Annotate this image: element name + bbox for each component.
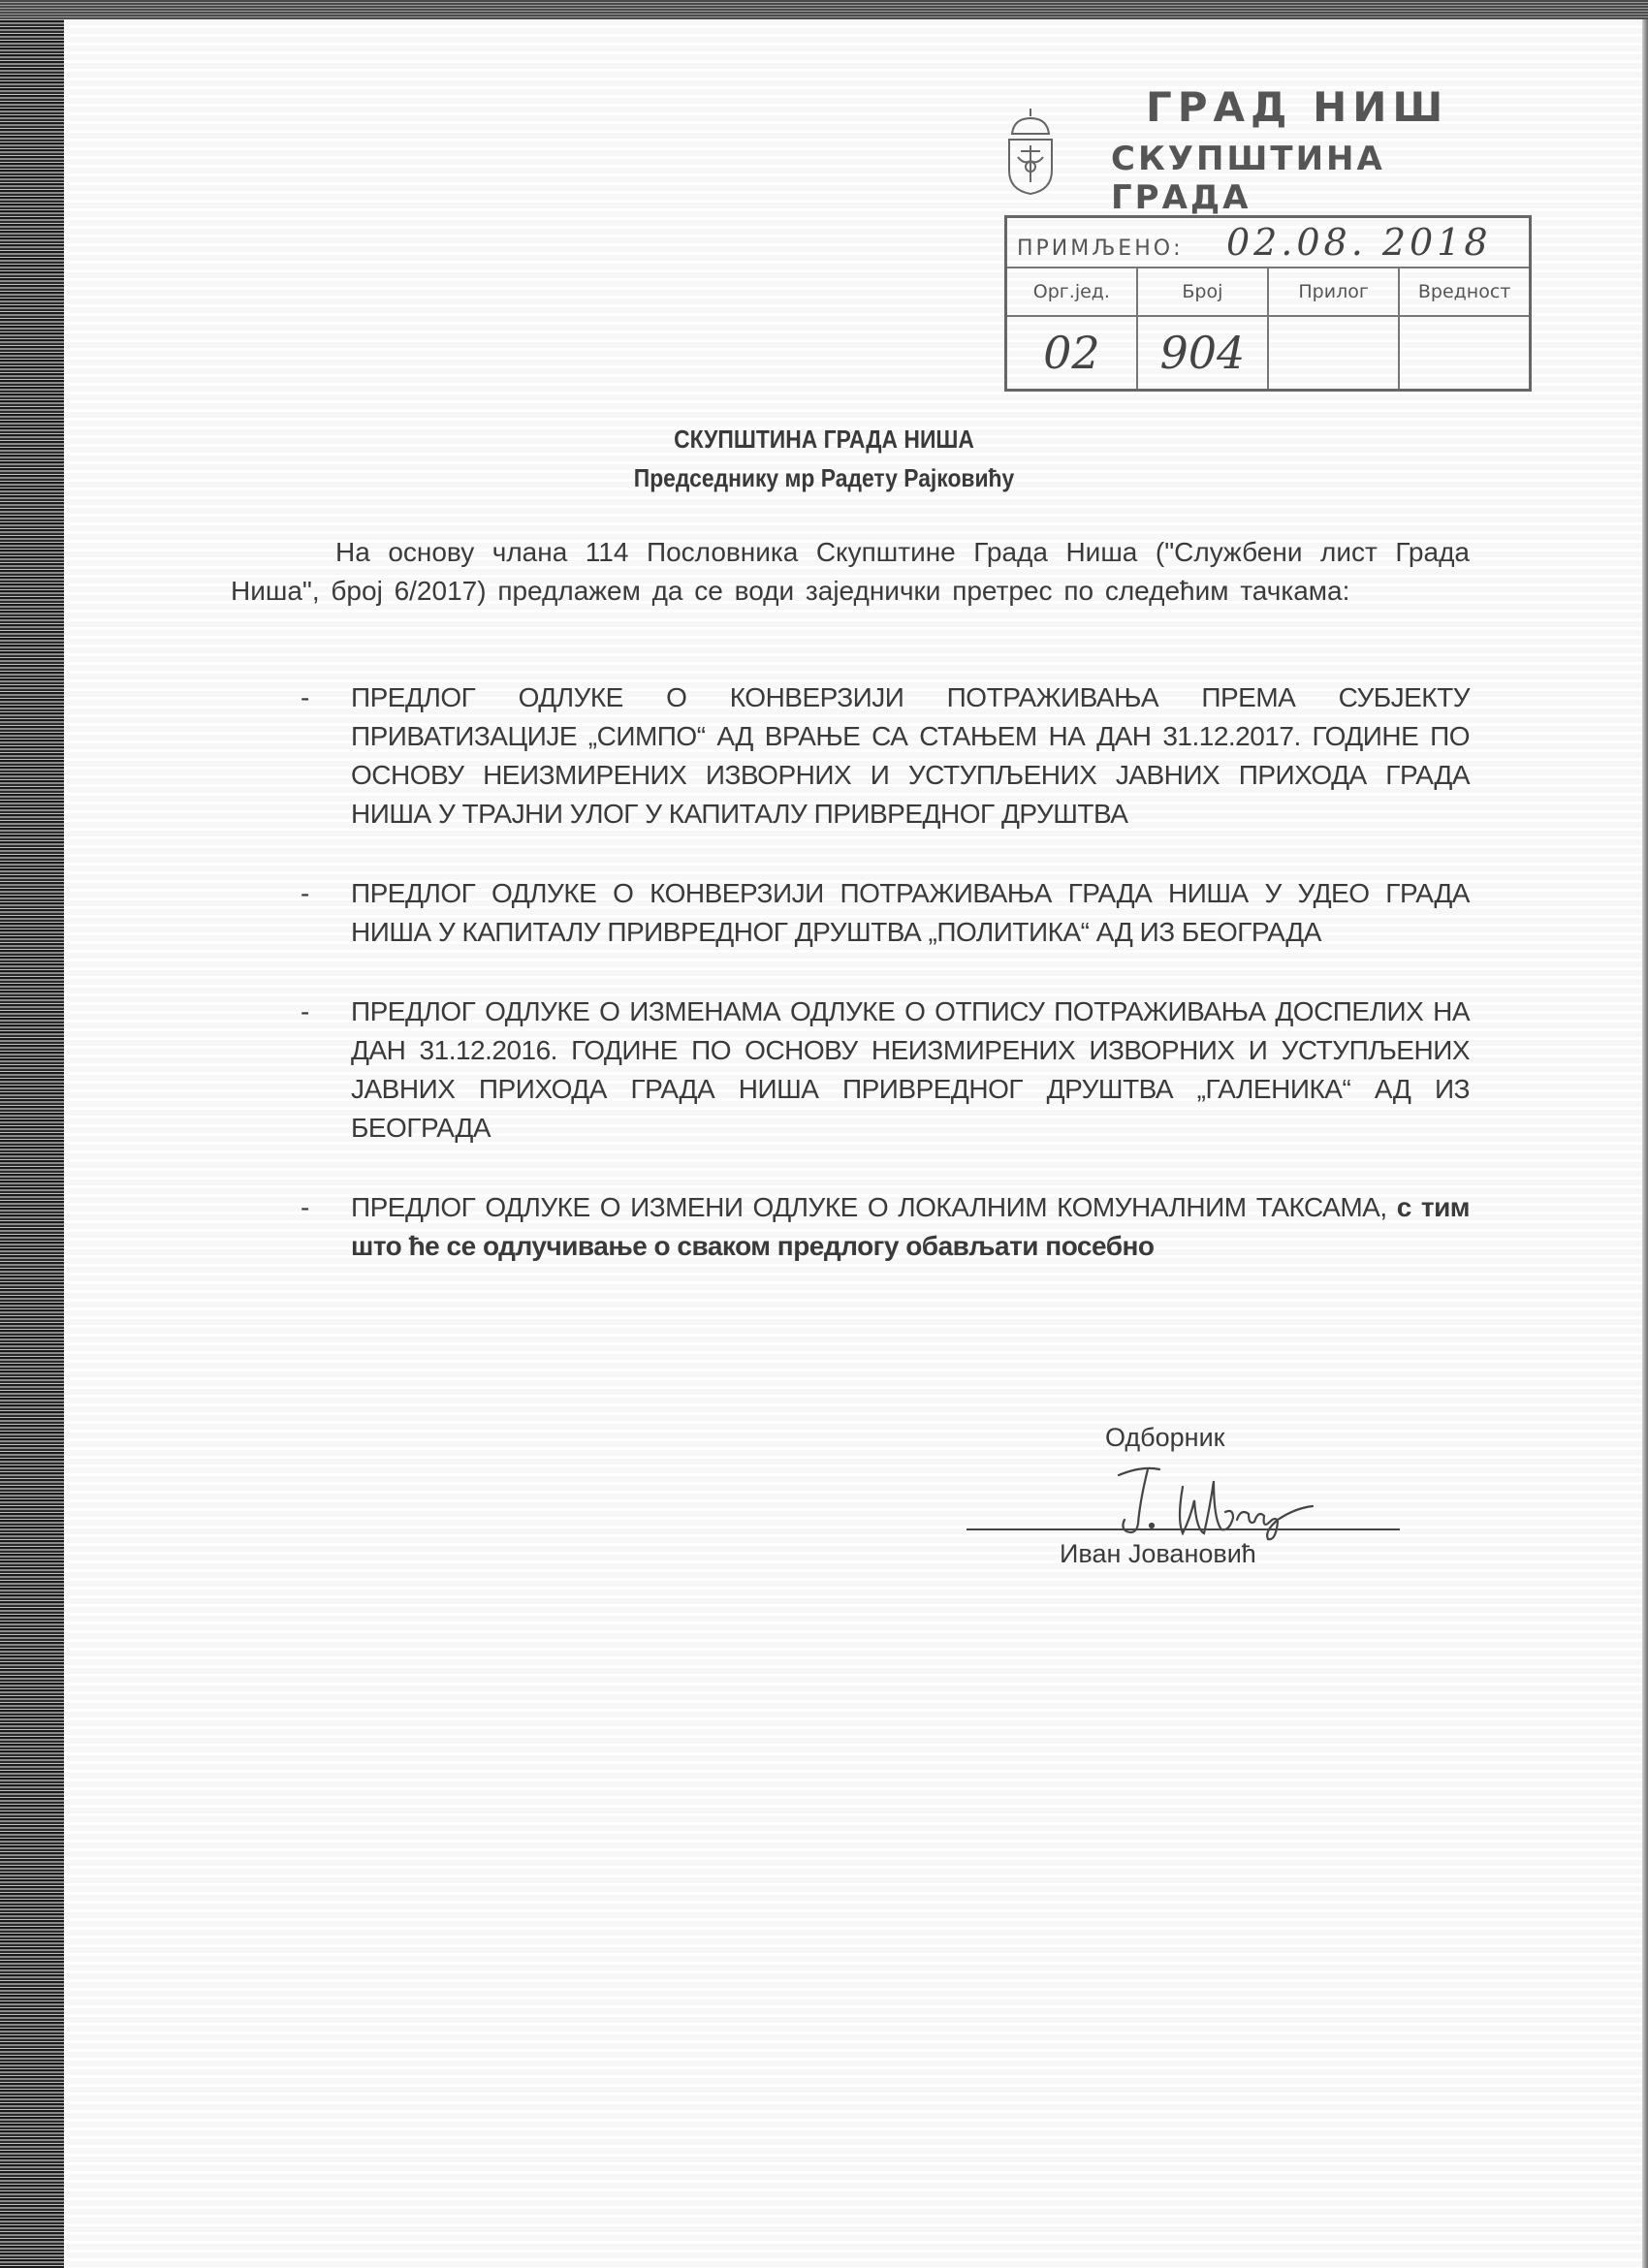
bullet-dash: - [301,874,309,913]
received-cell: ПРИМЉЕНО: 02.08. 2018 [1006,217,1531,268]
agenda-items: - ПРЕДЛОГ ОДЛУКЕ О КОНВЕРЗИЈИ ПОТРАЖИВАЊ… [301,678,1470,1307]
serbian-coat-of-arms-icon [1004,107,1057,196]
received-label: ПРИМЉЕНО: [1007,236,1183,261]
signatory-role: Одборник [1105,1423,1224,1453]
agenda-item-text: ПРЕДЛОГ ОДЛУКЕ О КОНВЕРЗИЈИ ПОТРАЖИВАЊА … [351,678,1470,834]
agenda-item-text: ПРЕДЛОГ ОДЛУКЕ О ИЗМЕНИ ОДЛУКЕ О ЛОКАЛНИ… [351,1188,1470,1266]
agenda-item: - ПРЕДЛОГ ОДЛУКЕ О ИЗМЕНИ ОДЛУКЕ О ЛОКАЛ… [301,1188,1470,1266]
scan-border-left [0,0,64,2268]
number-value: 904 [1159,327,1245,379]
column-number: Број [1182,281,1222,302]
intro-paragraph: На основу члана 114 Пословника Скупштине… [231,533,1470,611]
received-date: 02.08. 2018 [1226,221,1492,264]
agenda-item: - ПРЕДЛОГ ОДЛУКЕ О ИЗМЕНАМА ОДЛУКЕ О ОТП… [301,992,1470,1148]
agenda-item-text-main: ПРЕДЛОГ ОДЛУКЕ О ИЗМЕНИ ОДЛУКЕ О ЛОКАЛНИ… [351,1192,1387,1222]
addressee-name: Председнику мр Радету Рајковићу [99,463,1549,493]
bullet-dash: - [301,992,309,1031]
scan-border-top [0,0,1648,19]
stamp-subtitle: СКУПШТИНА ГРАДА [1111,140,1534,217]
signatory-name: Иван Јовановић [1060,1539,1256,1569]
scan-border-right [1642,19,1648,2268]
bullet-dash: - [301,1188,309,1227]
handwritten-signature: Ј. Иван [1113,1462,1326,1545]
column-org-unit: Орг.јед. [1033,281,1110,302]
bullet-dash: - [301,678,309,717]
column-attachment: Прилог [1298,281,1368,302]
addressee-title: СКУПШТИНА ГРАДА НИША [99,425,1549,455]
agenda-item: - ПРЕДЛОГ ОДЛУКЕ О КОНВЕРЗИЈИ ПОТРАЖИВАЊ… [301,678,1470,834]
agenda-item-text: ПРЕДЛОГ ОДЛУКЕ О ИЗМЕНАМА ОДЛУКЕ О ОТПИС… [351,992,1470,1148]
column-value: Вредност [1418,281,1510,302]
agenda-item-text: ПРЕДЛОГ ОДЛУКЕ О КОНВЕРЗИЈИ ПОТРАЖИВАЊА … [351,874,1470,952]
stamp-title: ГРАД НИШ [1146,83,1448,131]
agenda-item: - ПРЕДЛОГ ОДЛУКЕ О КОНВЕРЗИЈИ ПОТРАЖИВАЊ… [301,874,1470,952]
signature-line [967,1528,1400,1530]
stamp-table: ПРИМЉЕНО: 02.08. 2018 Орг.јед. Број Прил… [1004,215,1532,392]
org-unit-value: 02 [1043,327,1100,379]
